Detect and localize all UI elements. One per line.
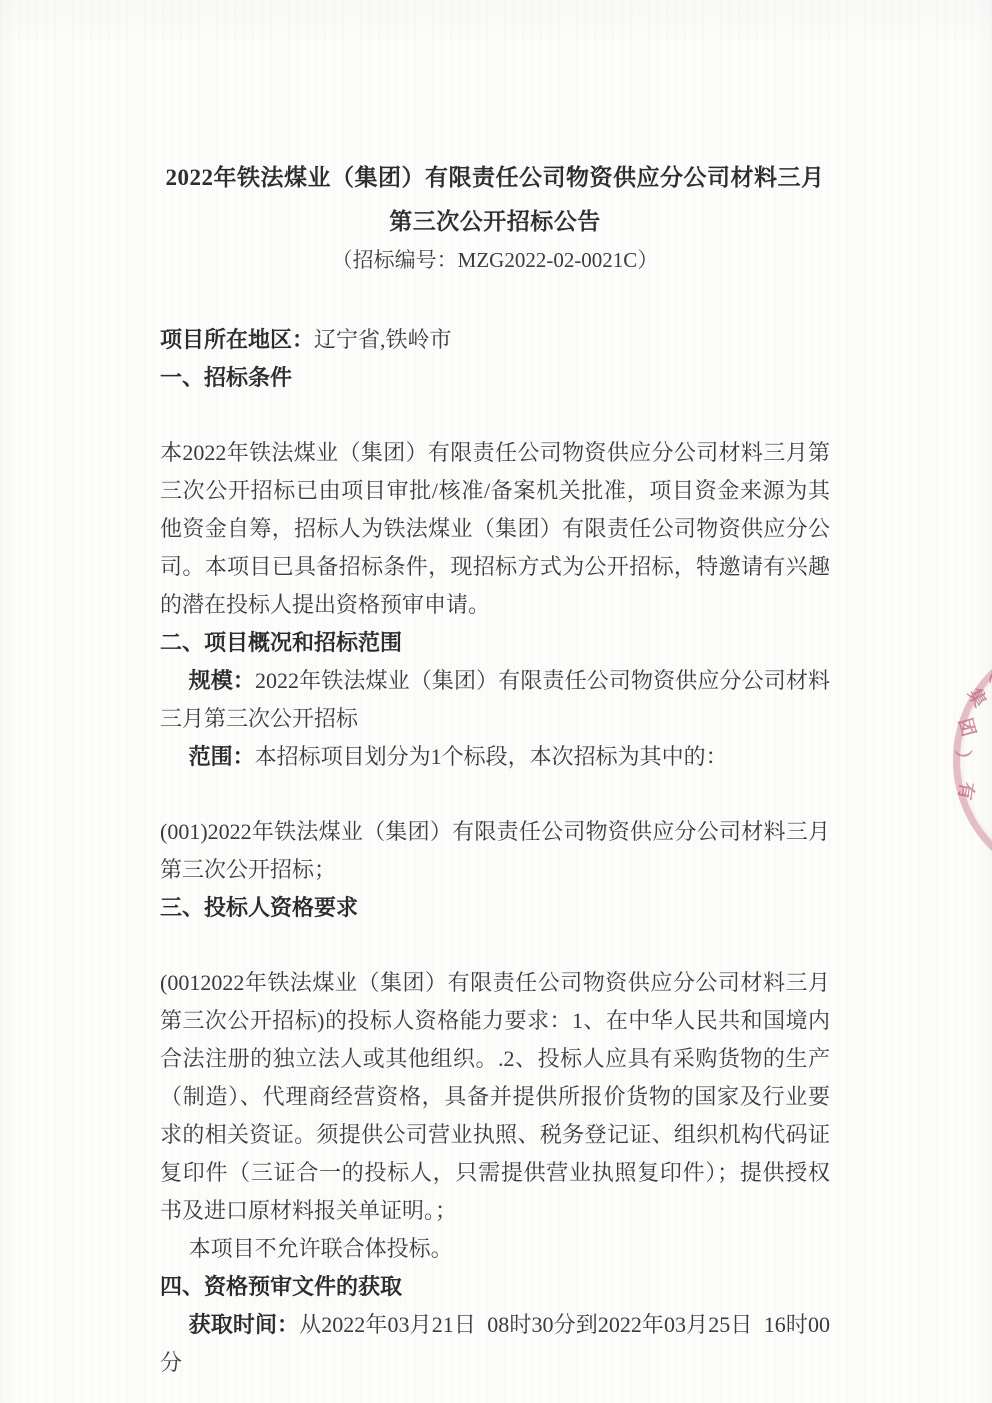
document-title: 2022年铁法煤业（集团）有限责任公司物资供应分公司材料三月第三次公开招标公告 <box>160 156 830 244</box>
tender-announcement-document: 2022年铁法煤业（集团）有限责任公司物资供应分公司材料三月第三次公开招标公告 … <box>160 156 830 1382</box>
project-location-label: 项目所在地区： <box>160 327 314 352</box>
scope-line: 范围：本招标项目划分为1个标段，本次招标为其中的： <box>160 738 830 776</box>
scanned-document-page: 2022年铁法煤业（集团）有限责任公司物资供应分公司材料三月第三次公开招标公告 … <box>0 0 992 1403</box>
scope-label: 范围： <box>189 744 255 769</box>
section-2-heading: 二、项目概况和招标范围 <box>160 624 830 662</box>
section-1-heading: 一、招标条件 <box>160 359 830 397</box>
seal-char: 有 <box>953 780 982 802</box>
obtain-time-line: 获取时间：从2022年03月21日 08时30分到2022年03月25日 16时… <box>160 1306 830 1382</box>
scale-label: 规模： <box>189 668 255 693</box>
section-4-heading: 四、资格预审文件的获取 <box>160 1268 830 1306</box>
seal-char: ） <box>951 750 978 769</box>
lot-line: (001)2022年铁法煤业（集团）有限责任公司物资供应分公司材料三月第三次公开… <box>160 813 830 889</box>
section-3-body: (0012022年铁法煤业（集团）有限责任公司物资供应分公司材料三月第三次公开招… <box>160 964 830 1230</box>
section-3-heading: 三、投标人资格要求 <box>160 889 830 927</box>
scope-text: 本招标项目划分为1个标段，本次招标为其中的： <box>255 744 728 769</box>
tender-number: （招标编号：MZG2022-02-0021C） <box>160 244 830 277</box>
seal-char: （ <box>975 655 992 686</box>
scale-line: 规模：2022年铁法煤业（集团）有限责任公司物资供应分公司材料三月第三次公开招标 <box>160 662 830 738</box>
seal-char: 集 <box>962 683 992 712</box>
seal-ring-icon <box>953 634 992 886</box>
section-1-body: 本2022年铁法煤业（集团）有限责任公司物资供应分公司材料三月第三次公开招标已由… <box>160 434 830 624</box>
seal-char: 团 <box>953 715 983 739</box>
project-location-value: 辽宁省,铁岭市 <box>314 327 452 352</box>
obtain-time-label: 获取时间： <box>189 1312 300 1337</box>
no-consortium-note: 本项目不允许联合体投标。 <box>160 1230 830 1268</box>
project-location-line: 项目所在地区：辽宁省,铁岭市 <box>160 321 830 359</box>
scale-text: 2022年铁法煤业（集团）有限责任公司物资供应分公司材料三月第三次公开招标 <box>160 668 830 731</box>
